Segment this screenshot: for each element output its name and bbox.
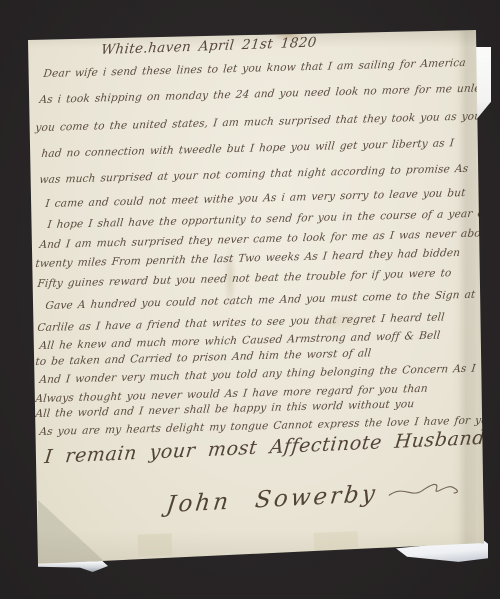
letter-paper: White.haven April 21st 1820 Dear wife i …	[0, 0, 500, 599]
letter-line: Fifty guines reward but you need not bea…	[37, 267, 452, 290]
signature-flourish	[386, 480, 460, 504]
letter-line: Gave A hundred you could not catch me An…	[45, 289, 476, 312]
letter-line: twenty miles From penrith the last Two w…	[35, 247, 461, 270]
letter-line: you come to the united states, I am much…	[35, 110, 482, 134]
letter-line: All he knew and much more which Caused A…	[39, 330, 441, 353]
letter-line: was much surprised at your not coming th…	[39, 163, 469, 186]
letter-line: I came and could not meet withe you As i…	[45, 187, 466, 210]
letter-dateline: White.haven April 21st 1820	[100, 34, 317, 58]
letter-signature: John Sowerby	[165, 477, 461, 519]
letter-line: had no connection with tweedle but I hop…	[41, 137, 455, 160]
signature-text: John Sowerby	[165, 481, 380, 518]
letter-line: As i took shipping on monday the 24 and …	[39, 82, 492, 106]
letter-line: Dear wife i send these lines to let you …	[43, 57, 466, 80]
paper-fold-bottom-left	[28, 488, 114, 564]
tape-mark	[138, 533, 173, 556]
letter-line: I hope I shall have the opportunity to s…	[47, 207, 500, 231]
tape-mark	[314, 531, 359, 555]
photo-backdrop: White.haven April 21st 1820 Dear wife i …	[0, 0, 500, 599]
